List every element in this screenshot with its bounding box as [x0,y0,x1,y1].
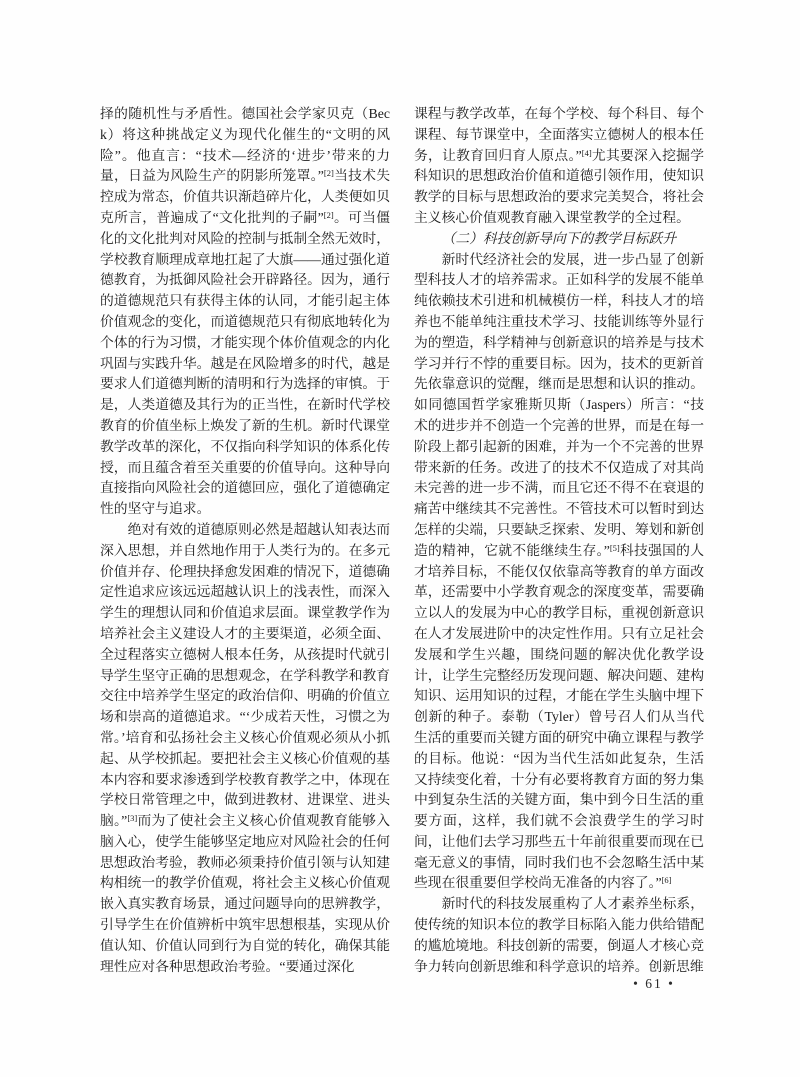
citation-marker: [5] [610,543,620,553]
paragraph: 新时代的科技发展重构了人才素养坐标系，使传统的知识本位的教学目标陷入能力供给错配… [414,894,704,977]
citation-marker: [4] [582,148,592,158]
citation-marker: [3] [127,813,137,823]
paragraph: 新时代经济社会的发展，进一步凸显了创新型科技人才的培养需求。正如科学的发展不能单… [414,250,704,895]
left-column: 择的随机性与矛盾性。德国社会学家贝克（Beck）将这种挑战定义为现代化催生的“文… [100,104,390,977]
right-column: 课程与教学改革，在每个学校、每个科目、每个课程、每节课堂中，全面落实立德树人的根… [414,104,704,977]
citation-marker: [6] [662,875,672,885]
paragraph: 课程与教学改革，在每个学校、每个科目、每个课程、每节课堂中，全面落实立德树人的根… [414,104,704,229]
citation-marker: [2] [324,210,334,220]
section-heading: （二）科技创新导向下的教学目标跃升 [414,229,704,250]
page-number: • 61 • [598,976,710,992]
citation-marker: [2] [324,168,334,178]
paragraph: 择的随机性与矛盾性。德国社会学家贝克（Beck）将这种挑战定义为现代化催生的“文… [100,104,390,520]
paragraph: 绝对有效的道德原则必然是超越认知表达而深入思想，并自然地作用于人类行为的。在多元… [100,520,390,978]
document-page: 择的随机性与矛盾性。德国社会学家贝克（Beck）将这种挑战定义为现代化催生的“文… [0,0,800,1077]
page-body-text: 择的随机性与矛盾性。德国社会学家贝克（Beck）将这种挑战定义为现代化催生的“文… [100,104,704,977]
